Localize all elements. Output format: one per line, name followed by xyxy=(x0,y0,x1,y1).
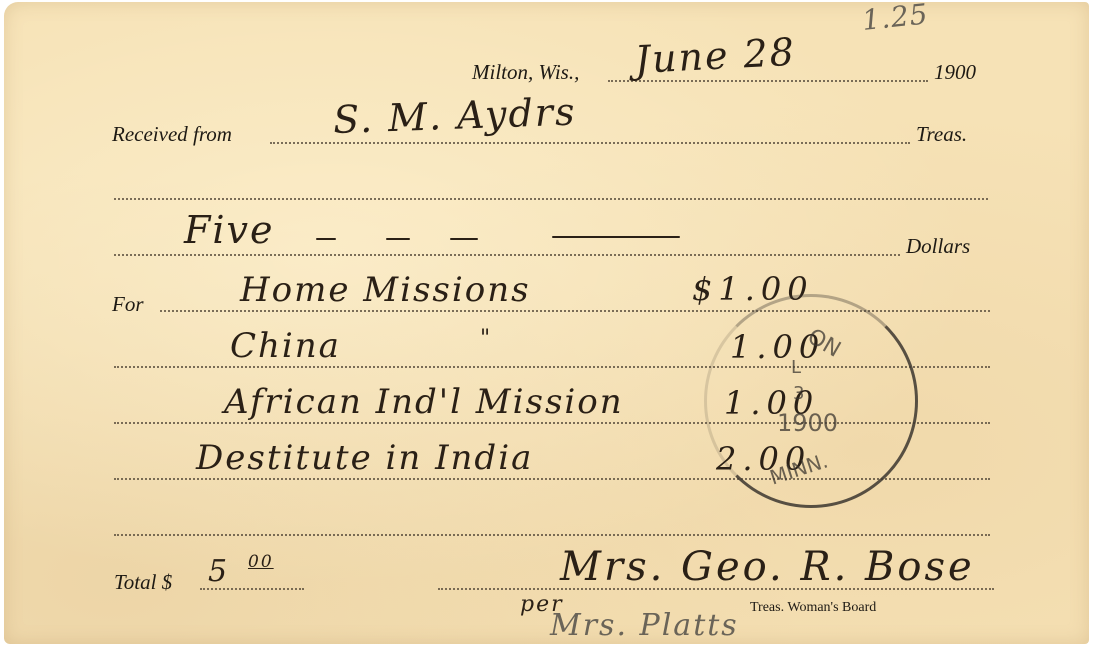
postmark-month: L xyxy=(791,357,801,378)
received-from-label: Received from xyxy=(112,122,232,147)
for-label: For xyxy=(112,292,144,317)
place-label: Milton, Wis., xyxy=(472,60,579,85)
item-purpose: Home Missions xyxy=(240,270,531,310)
amount-dash xyxy=(386,238,410,240)
total-cents: 00 xyxy=(248,552,274,572)
corner-pencil-note: 1.25 xyxy=(861,0,930,37)
receipt-card: 1.25 Milton, Wis., June 28 1900 Received… xyxy=(4,2,1089,644)
item-purpose: China xyxy=(230,326,341,366)
total-value: 5 xyxy=(208,554,229,589)
postmark-year: 1900 xyxy=(777,409,838,437)
amount-dotted-line xyxy=(114,254,900,256)
postmark-state: MINN. xyxy=(767,448,831,489)
item-purpose: African Ind'l Mission xyxy=(224,382,624,422)
postmark-day: 3 xyxy=(793,383,804,404)
amount-dash xyxy=(450,238,478,240)
total-label: Total $ xyxy=(114,570,172,595)
postmark-town-fragment: ON xyxy=(803,324,845,363)
ditto-mark: " xyxy=(480,326,492,351)
amount-dash-long xyxy=(552,236,680,238)
received-from-name: S. M. Aydrs xyxy=(332,90,577,142)
received-dotted-line xyxy=(270,142,910,144)
treas-womans-board-label: Treas. Woman's Board xyxy=(750,600,876,616)
year-printed: 1900 xyxy=(934,60,976,85)
date-handwritten: June 28 xyxy=(634,30,797,82)
per-name: Mrs. Platts xyxy=(550,608,739,643)
amount-words: Five xyxy=(184,208,274,252)
amount-dash xyxy=(316,238,336,240)
postmark-stamp: ON L 3 1900 MINN. xyxy=(704,294,918,508)
signature-name: Mrs. Geo. R. Bose xyxy=(560,544,975,590)
blank-dotted-line-2 xyxy=(114,534,990,536)
treas-label: Treas. xyxy=(916,122,967,147)
blank-dotted-line-1 xyxy=(114,198,988,200)
item-purpose: Destitute in India xyxy=(196,438,533,478)
dollars-label: Dollars xyxy=(906,234,970,259)
